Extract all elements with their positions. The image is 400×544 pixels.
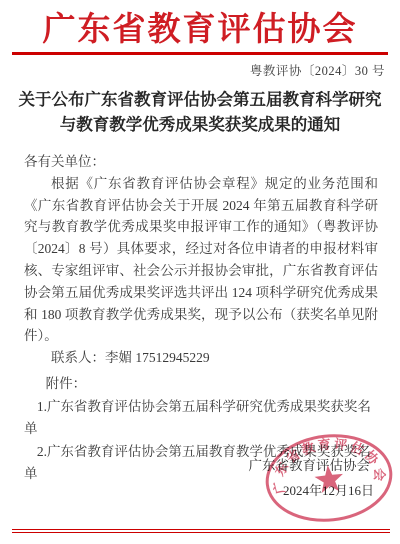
official-seal: 广东省教育评估协会: [256, 423, 400, 533]
letterhead-org-name: 广东省教育评估协会: [0, 3, 400, 50]
seal-star-icon: [313, 464, 344, 494]
body-paragraph: 根据《广东省教育评估协会章程》规定的业务范围和《广东省教育评估协会关于开展 20…: [24, 173, 378, 347]
attachments-label: 附件：: [24, 373, 378, 396]
document-title: 关于公布广东省教育评估协会第五届教育科学研究 与教育教学优秀成果奖获奖成果的通知: [0, 88, 400, 137]
document-page: 广东省教育评估协会 粤教评协〔2024〕30 号 关于公布广东省教育评估协会第五…: [0, 0, 400, 544]
footer-divider-line: [12, 529, 390, 533]
document-title-line1: 关于公布广东省教育评估协会第五届教育科学研究: [0, 88, 400, 113]
document-number: 粤教评协〔2024〕30 号: [250, 61, 385, 79]
letterhead-divider-line: [12, 52, 388, 55]
contact-line: 联系人：李媚 17512945229: [24, 347, 378, 369]
document-body: 各有关单位： 根据《广东省教育评估协会章程》规定的业务范围和《广东省教育评估协会…: [24, 151, 378, 369]
salutation: 各有关单位：: [24, 151, 378, 173]
document-title-line2: 与教育教学优秀成果奖获奖成果的通知: [0, 113, 400, 138]
